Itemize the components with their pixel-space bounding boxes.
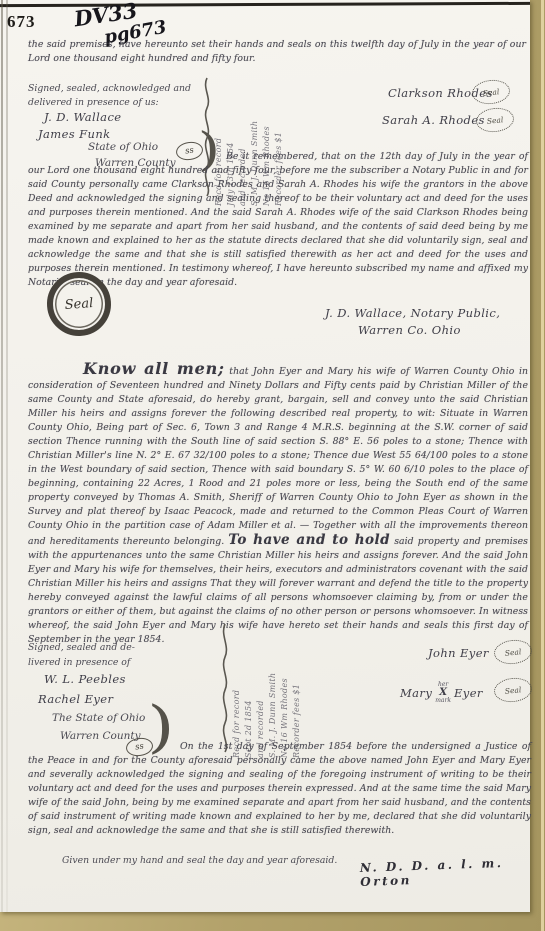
deed1-acknowledgment-paragraph: Be it remembered, that on the 12th day o… bbox=[28, 150, 528, 290]
deed1-witness-signature-2: James Funk bbox=[38, 127, 111, 141]
deed1-witness-signature-1: J. D. Wallace bbox=[44, 110, 122, 124]
seal-stamp-sarah: Seal bbox=[475, 106, 515, 134]
marginalia-squiggle-flourish-bottom bbox=[218, 622, 232, 754]
recording-marginalia-bottom: Recd for record Sept 2d 1854 and recorde… bbox=[232, 620, 301, 758]
mark-word-mark: mark bbox=[435, 698, 451, 704]
marginalia-line: Recd for record bbox=[232, 620, 241, 758]
scanned-deed-page: 673 DV33 pg673 the said premises, have h… bbox=[0, 0, 530, 912]
seal-text: Seal bbox=[486, 115, 503, 126]
deed2-attestation-line2: livered in presence of bbox=[28, 656, 178, 669]
marginalia-line: Sept 2d 1854 bbox=[244, 620, 253, 758]
page-curl-shadow bbox=[1, 0, 3, 912]
deed2-witness-signature-2: Rachel Eyer bbox=[38, 692, 113, 706]
deed2-body-paragraph: Know all men; that John Eyer and Mary hi… bbox=[28, 362, 528, 647]
deed2-acknowledgment-paragraph: On the 1st day of September 1854 before … bbox=[28, 740, 531, 838]
grantor-signature-john-eyer: John Eyer bbox=[428, 646, 489, 660]
deed2-habendum-phrase: To have and to hold bbox=[228, 532, 390, 548]
mary-last-name: Eyer bbox=[454, 686, 483, 700]
deed1-attestation-line1: Signed, sealed, acknowledged and bbox=[28, 82, 193, 95]
her-mark-stack: her X mark bbox=[435, 682, 451, 704]
deed2-state-label: The State of Ohio bbox=[52, 712, 145, 724]
deed2-attestation-line1: Signed, sealed and de- bbox=[28, 641, 178, 654]
grantor-signature-sarah-rhodes: Sarah A. Rhodes bbox=[382, 113, 485, 127]
photo-mat-edge-highlight bbox=[541, 0, 544, 931]
grantor-signature-mary-eyer: Mary her X mark Eyer bbox=[400, 682, 483, 704]
deed2-body-part1: that John Eyer and Mary his wife of Warr… bbox=[28, 366, 528, 547]
seal-text: Seal bbox=[504, 647, 521, 658]
justice-signature-illegible: N. D. D. a. l. m. Orton bbox=[360, 855, 531, 889]
deed2-opening-phrase: Know all men; bbox=[83, 359, 225, 378]
notarial-seal-text: Seal bbox=[64, 296, 93, 313]
page-curl-shadow-2 bbox=[6, 0, 8, 912]
page-number: 673 bbox=[7, 12, 36, 32]
seal-text: Seal bbox=[504, 685, 521, 696]
mary-first-name: Mary bbox=[400, 686, 432, 700]
seal-stamp-mary: Seal bbox=[493, 676, 533, 704]
marginalia-line: No 16 Wm Rhodes bbox=[280, 620, 289, 758]
seal-stamp-clarkson: Seal bbox=[471, 78, 511, 106]
deed1-closing-paragraph: the said premises, have hereunto set the… bbox=[28, 38, 526, 66]
seal-text: Seal bbox=[482, 87, 499, 98]
notary-signature-line2: Warren Co. Ohio bbox=[358, 323, 461, 337]
deed1-attestation-line2: delivered in presence of us: bbox=[28, 96, 193, 109]
marginalia-line: S. M. J. Dunn Smith bbox=[268, 620, 277, 758]
marginalia-line: Recorder fees $1 bbox=[292, 620, 301, 758]
deed2-witness-signature-1: W. L. Peebles bbox=[44, 672, 126, 686]
marginalia-line: and recorded bbox=[256, 620, 265, 758]
notary-signature-line1: J. D. Wallace, Notary Public, bbox=[325, 306, 500, 320]
